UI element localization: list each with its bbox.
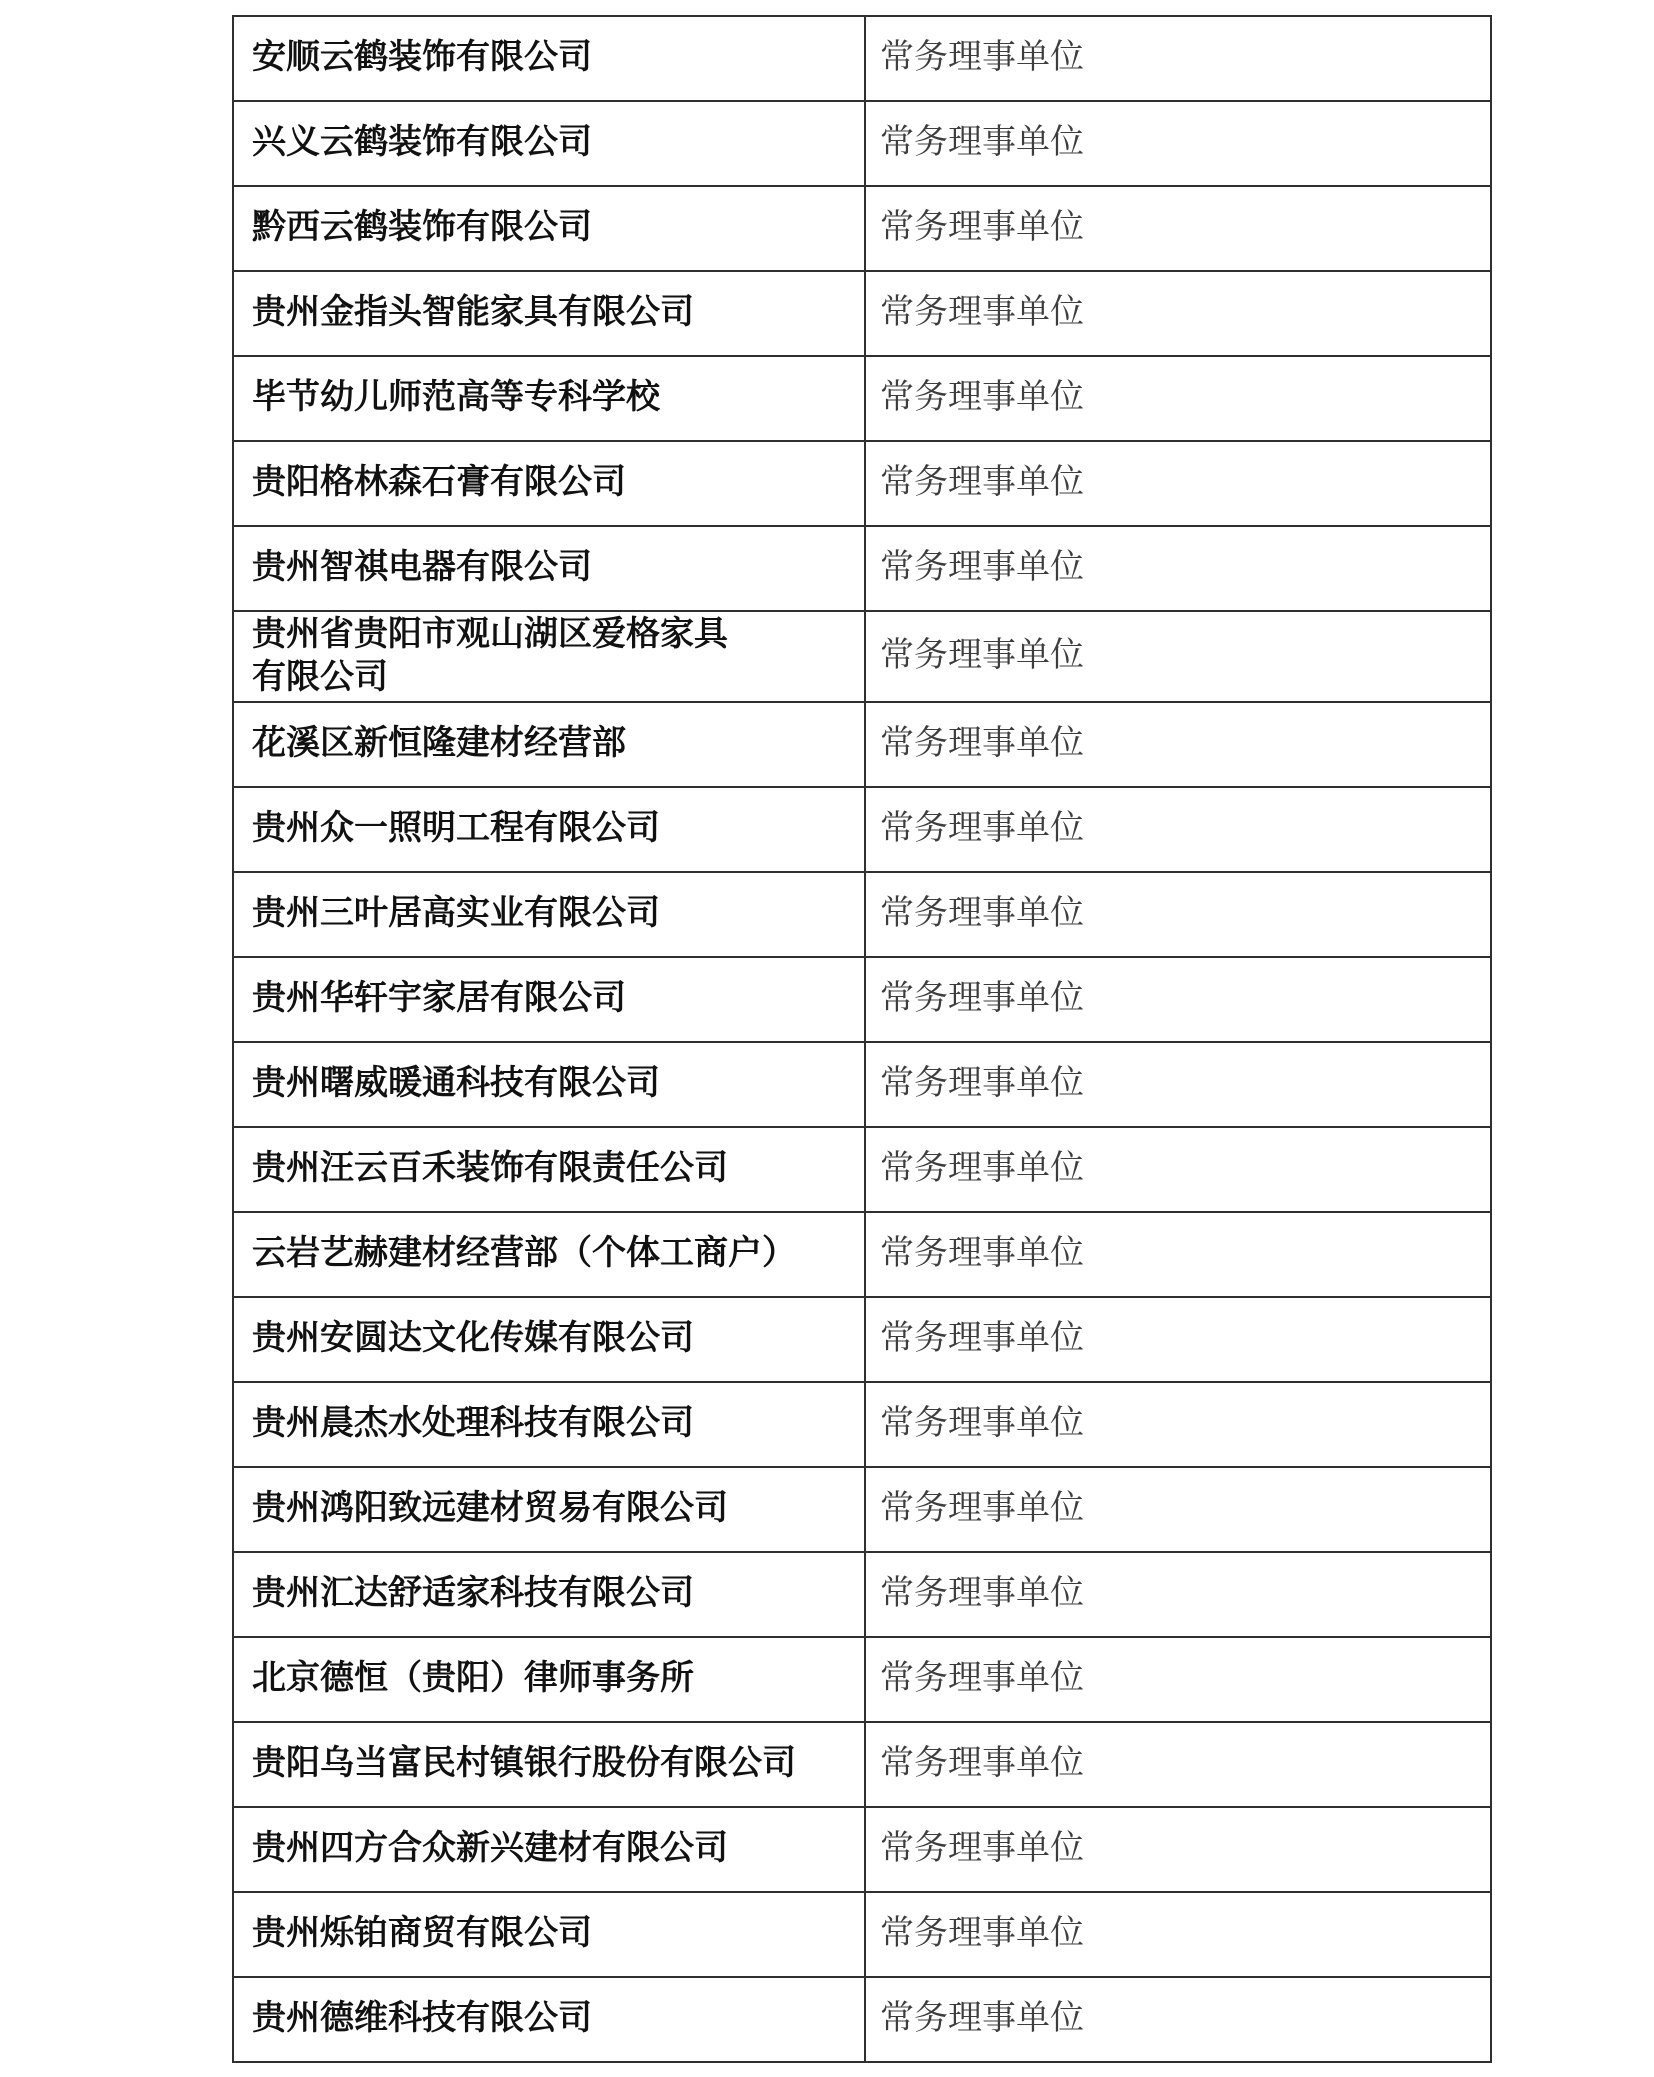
member-role-cell: 常务理事单位 [865, 16, 1491, 101]
company-name-cell: 贵州华轩宇家居有限公司 [233, 957, 865, 1042]
member-role-cell: 常务理事单位 [865, 957, 1491, 1042]
member-role-cell: 常务理事单位 [865, 702, 1491, 787]
member-role-cell: 常务理事单位 [865, 1977, 1491, 2062]
table-row: 贵州省贵阳市观山湖区爱格家具 有限公司常务理事单位 [233, 611, 1491, 702]
member-table-body: 安顺云鹤装饰有限公司常务理事单位兴义云鹤装饰有限公司常务理事单位黔西云鹤装饰有限… [233, 16, 1491, 2062]
table-row: 贵州汪云百禾装饰有限责任公司常务理事单位 [233, 1127, 1491, 1212]
member-role-cell: 常务理事单位 [865, 1892, 1491, 1977]
company-name-cell: 花溪区新恒隆建材经营部 [233, 702, 865, 787]
member-role-cell: 常务理事单位 [865, 1467, 1491, 1552]
company-name-cell: 贵州晨杰水处理科技有限公司 [233, 1382, 865, 1467]
company-name-cell: 贵州烁铂商贸有限公司 [233, 1892, 865, 1977]
company-name-cell: 贵州安圆达文化传媒有限公司 [233, 1297, 865, 1382]
member-role-cell: 常务理事单位 [865, 1722, 1491, 1807]
company-name-cell: 贵阳乌当富民村镇银行股份有限公司 [233, 1722, 865, 1807]
table-row: 贵州华轩宇家居有限公司常务理事单位 [233, 957, 1491, 1042]
table-row: 贵州曙威暖通科技有限公司常务理事单位 [233, 1042, 1491, 1127]
member-role-cell: 常务理事单位 [865, 1127, 1491, 1212]
member-role-cell: 常务理事单位 [865, 1637, 1491, 1722]
table-row: 安顺云鹤装饰有限公司常务理事单位 [233, 16, 1491, 101]
member-role-cell: 常务理事单位 [865, 1042, 1491, 1127]
company-name-cell: 云岩艺赫建材经营部（个体工商户） [233, 1212, 865, 1297]
table-row: 贵阳乌当富民村镇银行股份有限公司常务理事单位 [233, 1722, 1491, 1807]
table-row: 贵州智祺电器有限公司常务理事单位 [233, 526, 1491, 611]
company-name-cell: 贵州曙威暖通科技有限公司 [233, 1042, 865, 1127]
table-row: 贵州金指头智能家具有限公司常务理事单位 [233, 271, 1491, 356]
member-role-cell: 常务理事单位 [865, 1382, 1491, 1467]
company-name-cell: 贵州众一照明工程有限公司 [233, 787, 865, 872]
table-row: 贵州德维科技有限公司常务理事单位 [233, 1977, 1491, 2062]
company-name-cell: 兴义云鹤装饰有限公司 [233, 101, 865, 186]
table-row: 贵州晨杰水处理科技有限公司常务理事单位 [233, 1382, 1491, 1467]
company-name-cell: 北京德恒（贵阳）律师事务所 [233, 1637, 865, 1722]
table-row: 贵阳格林森石膏有限公司常务理事单位 [233, 441, 1491, 526]
company-name-cell: 贵州金指头智能家具有限公司 [233, 271, 865, 356]
company-name-cell: 安顺云鹤装饰有限公司 [233, 16, 865, 101]
company-name-cell: 贵州智祺电器有限公司 [233, 526, 865, 611]
table-row: 贵州汇达舒适家科技有限公司常务理事单位 [233, 1552, 1491, 1637]
member-role-cell: 常务理事单位 [865, 101, 1491, 186]
member-role-cell: 常务理事单位 [865, 1807, 1491, 1892]
company-name-cell: 贵州德维科技有限公司 [233, 1977, 865, 2062]
member-role-cell: 常务理事单位 [865, 441, 1491, 526]
table-row: 云岩艺赫建材经营部（个体工商户）常务理事单位 [233, 1212, 1491, 1297]
table-row: 贵州四方合众新兴建材有限公司常务理事单位 [233, 1807, 1491, 1892]
company-name-cell: 贵州四方合众新兴建材有限公司 [233, 1807, 865, 1892]
member-role-cell: 常务理事单位 [865, 1297, 1491, 1382]
company-name-cell: 毕节幼儿师范高等专科学校 [233, 356, 865, 441]
member-table: 安顺云鹤装饰有限公司常务理事单位兴义云鹤装饰有限公司常务理事单位黔西云鹤装饰有限… [232, 15, 1492, 2063]
company-name-cell: 贵州鸿阳致远建材贸易有限公司 [233, 1467, 865, 1552]
member-role-cell: 常务理事单位 [865, 872, 1491, 957]
table-row: 黔西云鹤装饰有限公司常务理事单位 [233, 186, 1491, 271]
member-role-cell: 常务理事单位 [865, 186, 1491, 271]
member-role-cell: 常务理事单位 [865, 1552, 1491, 1637]
table-row: 毕节幼儿师范高等专科学校常务理事单位 [233, 356, 1491, 441]
member-role-cell: 常务理事单位 [865, 1212, 1491, 1297]
company-name-cell: 贵州汇达舒适家科技有限公司 [233, 1552, 865, 1637]
company-name-cell: 贵州汪云百禾装饰有限责任公司 [233, 1127, 865, 1212]
member-role-cell: 常务理事单位 [865, 356, 1491, 441]
table-row: 贵州鸿阳致远建材贸易有限公司常务理事单位 [233, 1467, 1491, 1552]
table-row: 贵州安圆达文化传媒有限公司常务理事单位 [233, 1297, 1491, 1382]
company-name-cell: 贵州三叶居高实业有限公司 [233, 872, 865, 957]
member-role-cell: 常务理事单位 [865, 526, 1491, 611]
table-row: 贵州众一照明工程有限公司常务理事单位 [233, 787, 1491, 872]
company-name-cell: 贵州省贵阳市观山湖区爱格家具 有限公司 [233, 611, 865, 702]
company-name-cell: 黔西云鹤装饰有限公司 [233, 186, 865, 271]
member-role-cell: 常务理事单位 [865, 787, 1491, 872]
table-row: 北京德恒（贵阳）律师事务所常务理事单位 [233, 1637, 1491, 1722]
table-row: 贵州三叶居高实业有限公司常务理事单位 [233, 872, 1491, 957]
company-name-cell: 贵阳格林森石膏有限公司 [233, 441, 865, 526]
table-row: 贵州烁铂商贸有限公司常务理事单位 [233, 1892, 1491, 1977]
table-row: 兴义云鹤装饰有限公司常务理事单位 [233, 101, 1491, 186]
member-role-cell: 常务理事单位 [865, 271, 1491, 356]
table-row: 花溪区新恒隆建材经营部常务理事单位 [233, 702, 1491, 787]
member-role-cell: 常务理事单位 [865, 611, 1491, 702]
